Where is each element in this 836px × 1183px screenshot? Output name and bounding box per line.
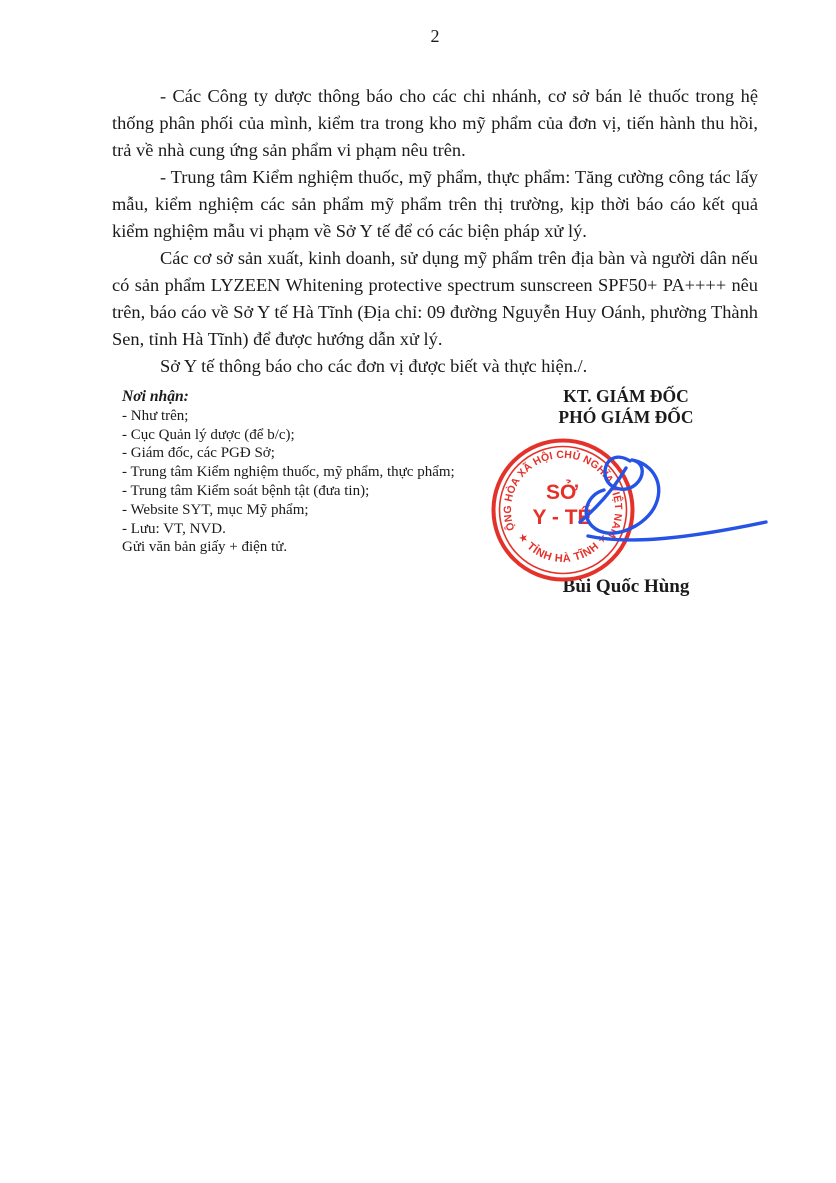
recipients-title: Nơi nhận: bbox=[122, 388, 502, 407]
signature-tail-stroke bbox=[588, 522, 766, 540]
paragraph: Các cơ sở sản xuất, kinh doanh, sử dụng … bbox=[112, 245, 758, 353]
paragraph: - Các Công ty dược thông báo cho các chi… bbox=[112, 83, 758, 164]
paragraph: Sở Y tế thông báo cho các đơn vị được bi… bbox=[112, 353, 758, 380]
recipients-block: Nơi nhận: - Như trên; - Cục Quản lý dược… bbox=[122, 388, 502, 557]
recipient-item: - Lưu: VT, NVD. bbox=[122, 520, 502, 539]
signer-title-line1: KT. GIÁM ĐỐC bbox=[478, 386, 774, 407]
document-page: { "page": { "number": "2" }, "body": { "… bbox=[0, 0, 836, 1183]
recipients-note: Gửi văn bản giấy + điện tử. bbox=[122, 538, 502, 557]
paragraph: - Trung tâm Kiểm nghiệm thuốc, mỹ phẩm, … bbox=[112, 164, 758, 245]
signature-diagonal-stroke bbox=[580, 468, 626, 522]
document-body: - Các Công ty dược thông báo cho các chi… bbox=[112, 83, 758, 380]
recipient-item: - Website SYT, mục Mỹ phẩm; bbox=[122, 501, 502, 520]
recipient-item: - Trung tâm Kiểm soát bệnh tật (đưa tin)… bbox=[122, 482, 502, 501]
handwritten-signature bbox=[560, 430, 780, 555]
recipient-item: - Như trên; bbox=[122, 407, 502, 426]
page-number: 2 bbox=[112, 26, 758, 47]
signer-title-block: KT. GIÁM ĐỐC PHÓ GIÁM ĐỐC bbox=[478, 386, 774, 428]
signer-title-line2: PHÓ GIÁM ĐỐC bbox=[478, 407, 774, 428]
recipient-item: - Cục Quản lý dược (để b/c); bbox=[122, 426, 502, 445]
signature-loops-stroke bbox=[586, 457, 659, 533]
recipient-item: - Trung tâm Kiểm nghiệm thuốc, mỹ phẩm, … bbox=[122, 463, 502, 482]
recipient-item: - Giám đốc, các PGĐ Sở; bbox=[122, 444, 502, 463]
